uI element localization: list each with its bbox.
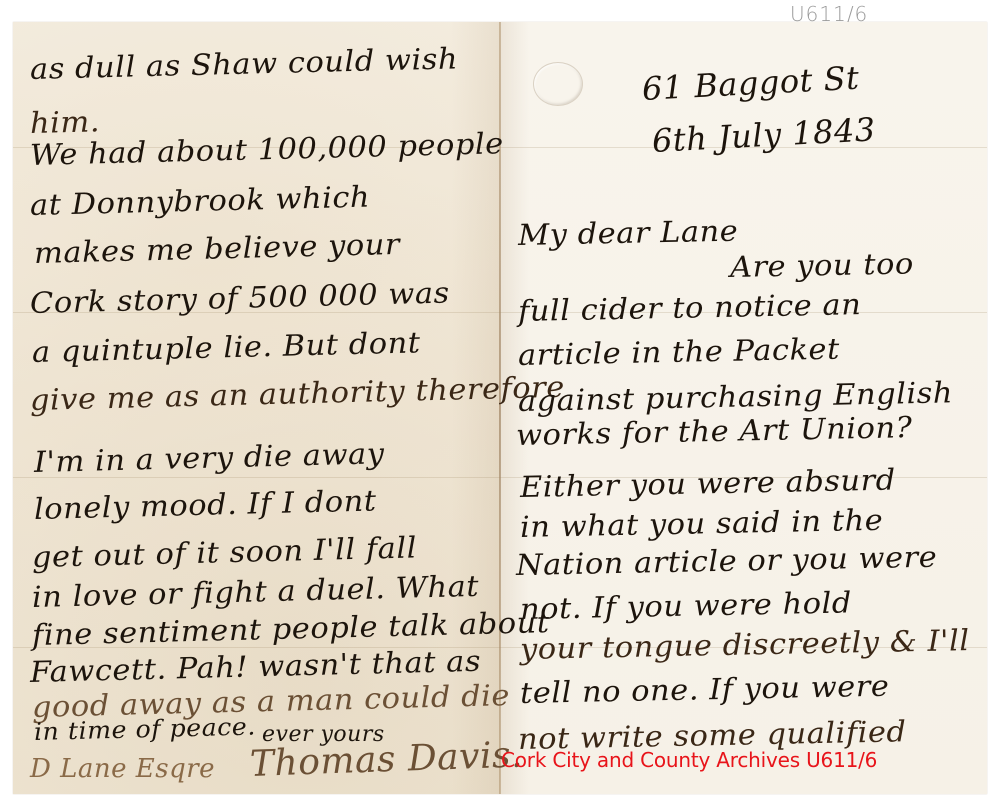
left-line-16: in time of peace.: [34, 712, 257, 746]
salutation: My dear Lane: [518, 214, 739, 252]
right-line-1: Are you too: [730, 246, 914, 284]
scanned-letter: U611/6 as dull as Shaw could wish him. W…: [0, 0, 1000, 811]
right-line-7: in what you said in the: [520, 503, 884, 544]
addressee-line: D Lane Esqre: [30, 754, 215, 784]
right-line-9: not. If you were hold: [520, 585, 853, 626]
embossed-stationer-stamp: [533, 62, 583, 106]
left-line-2: him.: [30, 104, 101, 140]
right-line-2: full cider to notice an: [518, 287, 862, 328]
archive-watermark-label: Cork City and County Archives U611/6: [501, 748, 877, 772]
right-line-3: article in the Packet: [518, 332, 841, 372]
